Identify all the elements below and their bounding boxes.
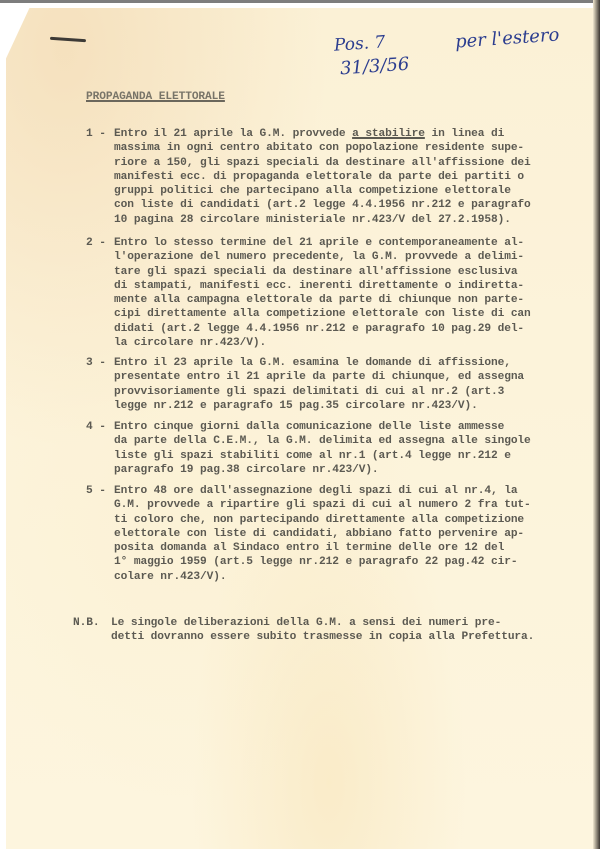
item-text: Entro lo stesso termine del 21 aprile e … bbox=[114, 236, 591, 350]
item-text: Entro il 21 aprile la G.M. provvede a st… bbox=[114, 127, 591, 227]
scanner-edge bbox=[593, 0, 600, 849]
item-lead: Entro il 21 aprile la G.M. provvede bbox=[114, 128, 352, 140]
list-item-5: 5 - Entro 48 ore dall'assegnazione degli… bbox=[86, 484, 591, 584]
item-number: 4 - bbox=[86, 420, 114, 477]
underlined-phrase: a stabilire bbox=[352, 128, 425, 140]
nota-bene: N.B. Le singole deliberazioni della G.M.… bbox=[73, 616, 593, 645]
list-item-2: 2 - Entro lo stesso termine del 21 april… bbox=[86, 236, 591, 350]
nota-bene-text: Le singole deliberazioni della G.M. a se… bbox=[111, 616, 593, 645]
scanner-border bbox=[0, 0, 600, 3]
item-number: 1 - bbox=[86, 127, 114, 227]
list-item-3: 3 - Entro il 23 aprile la G.M. esamina l… bbox=[86, 356, 591, 413]
document-title: PROPAGANDA ELETTORALE bbox=[86, 90, 225, 104]
nota-bene-label: N.B. bbox=[73, 616, 111, 645]
list-item-4: 4 - Entro cinque giorni dalla comunicazi… bbox=[86, 420, 591, 477]
item-number: 5 - bbox=[86, 484, 114, 584]
list-item-1: 1 - Entro il 21 aprile la G.M. provvede … bbox=[86, 127, 591, 227]
item-text: Entro cinque giorni dalla comunicazione … bbox=[114, 420, 591, 477]
item-text: Entro il 23 aprile la G.M. esamina le do… bbox=[114, 356, 591, 413]
item-number: 3 - bbox=[86, 356, 114, 413]
item-number: 2 - bbox=[86, 236, 114, 350]
item-text: Entro 48 ore dall'assegnazione degli spa… bbox=[114, 484, 591, 584]
item-rest: in linea di massima in ogni centro abita… bbox=[114, 128, 531, 226]
handwritten-position-note: Pos. 7 bbox=[333, 32, 386, 56]
